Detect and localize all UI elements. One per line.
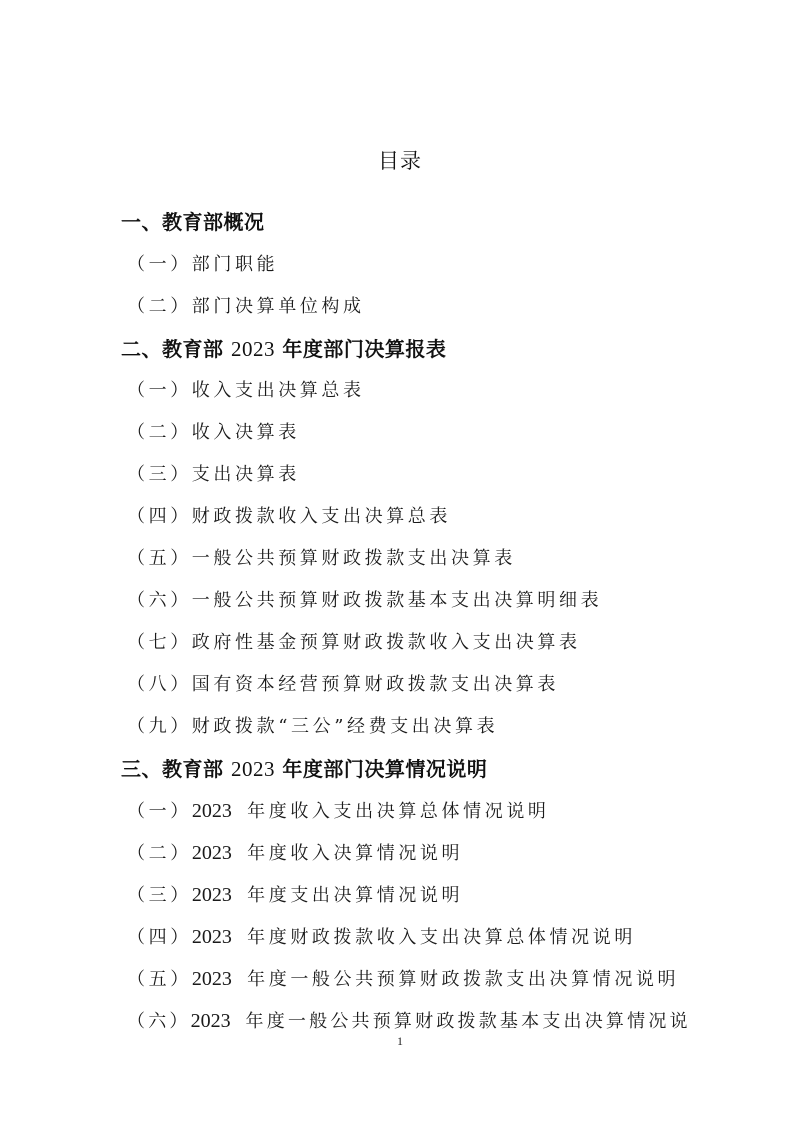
toc-entry-text: （七）政府性基金预算财政拨款收入支出决算表 bbox=[127, 632, 581, 653]
toc-entry-prefix: （四） bbox=[127, 927, 192, 948]
toc-entry-suffix: 年度一般公共预算财政拨款基本支出决算情况说 bbox=[237, 1011, 691, 1032]
toc-item-3-5[interactable]: （五）2023 年度一般公共预算财政拨款支出决算情况说明 bbox=[127, 967, 679, 991]
toc-item-3-6[interactable]: （六）2023 年度一般公共预算财政拨款基本支出决算情况说 bbox=[127, 1009, 691, 1033]
toc-entry-text: （六）一般公共预算财政拨款基本支出决算明细表 bbox=[127, 590, 602, 611]
toc-entry-suffix: 年度收入决算情况说明 bbox=[238, 843, 463, 864]
toc-entry-prefix: （五） bbox=[127, 969, 192, 990]
toc-item-3-4[interactable]: （四）2023 年度财政拨款收入支出决算总体情况说明 bbox=[127, 925, 636, 949]
toc-entry-year: 2023 bbox=[192, 926, 232, 948]
toc-item-2-6[interactable]: （六）一般公共预算财政拨款基本支出决算明细表 bbox=[127, 589, 602, 613]
toc-item-3-2[interactable]: （二）2023 年度收入决算情况说明 bbox=[127, 841, 463, 865]
toc-entry-suffix: 年度部门决算报表 bbox=[275, 337, 446, 361]
toc-entry-text: （四）财政拨款收入支出决算总表 bbox=[127, 506, 451, 527]
toc-section-2[interactable]: 二、教育部 2023 年度部门决算报表 bbox=[121, 337, 446, 361]
toc-entry-text: （九）财政拨款“三公”经费支出决算表 bbox=[127, 716, 498, 737]
toc-item-2-9[interactable]: （九）财政拨款“三公”经费支出决算表 bbox=[127, 715, 498, 739]
toc-item-2-8[interactable]: （八）国有资本经营预算财政拨款支出决算表 bbox=[127, 673, 559, 697]
toc-entry-prefix: 二、教育部 bbox=[121, 337, 231, 361]
toc-section-1[interactable]: 一、教育部概况 bbox=[121, 210, 265, 234]
toc-entry-year: 2023 bbox=[192, 968, 232, 990]
toc-entry-prefix: （三） bbox=[127, 885, 192, 906]
toc-item-2-1[interactable]: （一）收入支出决算总表 bbox=[127, 379, 365, 403]
toc-entry-year: 2023 bbox=[192, 842, 232, 864]
toc-entry-text: （一）收入支出决算总表 bbox=[127, 380, 365, 401]
toc-item-1-2[interactable]: （二）部门决算单位构成 bbox=[127, 295, 365, 319]
toc-entry-text: （二）部门决算单位构成 bbox=[127, 296, 365, 317]
toc-entry-text: （一）部门职能 bbox=[127, 254, 278, 275]
toc-entry-suffix: 年度支出决算情况说明 bbox=[238, 885, 463, 906]
toc-entry-suffix: 年度一般公共预算财政拨款支出决算情况说明 bbox=[238, 969, 679, 990]
toc-entry-year: 2023 bbox=[192, 800, 232, 822]
toc-entry-text: （二）收入决算表 bbox=[127, 422, 300, 443]
toc-entry-year: 2023 bbox=[192, 884, 232, 906]
toc-entry-year: 2023 bbox=[231, 337, 275, 361]
toc-entry-year: 2023 bbox=[191, 1010, 231, 1032]
toc-entry-prefix: 三、教育部 bbox=[121, 757, 231, 781]
toc-item-1-1[interactable]: （一）部门职能 bbox=[127, 253, 278, 277]
toc-entry-text: （五）一般公共预算财政拨款支出决算表 bbox=[127, 548, 516, 569]
toc-item-2-3[interactable]: （三）支出决算表 bbox=[127, 463, 300, 487]
toc-entry-text: （三）支出决算表 bbox=[127, 464, 300, 485]
toc-item-2-4[interactable]: （四）财政拨款收入支出决算总表 bbox=[127, 505, 451, 529]
toc-entry-suffix: 年度财政拨款收入支出决算总体情况说明 bbox=[238, 927, 636, 948]
toc-item-2-7[interactable]: （七）政府性基金预算财政拨款收入支出决算表 bbox=[127, 631, 581, 655]
toc-section-3[interactable]: 三、教育部 2023 年度部门决算情况说明 bbox=[121, 757, 487, 781]
toc-entry-suffix: 年度收入支出决算总体情况说明 bbox=[238, 801, 550, 822]
toc-item-2-2[interactable]: （二）收入决算表 bbox=[127, 421, 300, 445]
toc-item-3-1[interactable]: （一）2023 年度收入支出决算总体情况说明 bbox=[127, 799, 550, 823]
toc-entry-text: 一、教育部概况 bbox=[121, 210, 265, 234]
toc-item-3-3[interactable]: （三）2023 年度支出决算情况说明 bbox=[127, 883, 463, 907]
toc-entry-prefix: （二） bbox=[127, 843, 192, 864]
toc-entry-prefix: （一） bbox=[127, 801, 192, 822]
toc-item-2-5[interactable]: （五）一般公共预算财政拨款支出决算表 bbox=[127, 547, 516, 571]
toc-title: 目录 bbox=[0, 145, 800, 175]
page-number: 1 bbox=[0, 1034, 800, 1049]
toc-entry-year: 2023 bbox=[231, 757, 275, 781]
toc-entry-suffix: 年度部门决算情况说明 bbox=[275, 757, 487, 781]
document-page: 目录 一、教育部概况 （一）部门职能 （二）部门决算单位构成 二、教育部 202… bbox=[0, 0, 800, 1131]
toc-entry-prefix: （六） bbox=[127, 1011, 191, 1032]
toc-entry-text: （八）国有资本经营预算财政拨款支出决算表 bbox=[127, 674, 559, 695]
